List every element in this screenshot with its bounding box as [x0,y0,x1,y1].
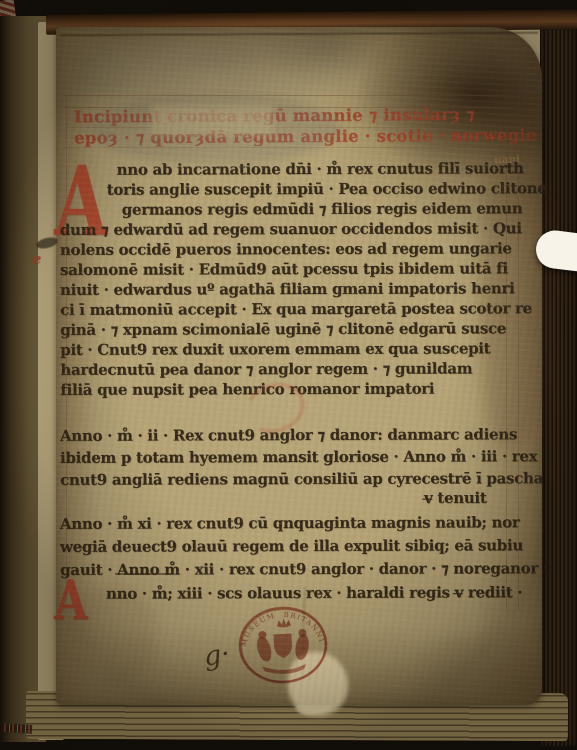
text-line: hardecnutū pea danor ⁊ anglor regem · ⁊ … [60,358,547,380]
paragraph: nno ab incarnatione dn̄i · m̊ rex cnutus… [60,158,548,400]
paragraph: Anno · m̊ xi · rex cnut9 cū qnquaginta m… [60,511,548,582]
text-line: dum ⁊ edwardū ad regem suanuor occidendo… [60,218,547,240]
paragraph: Anno · m̊ · ii · Rex cnut9 anglor ⁊ dano… [60,423,543,491]
rubric-line: Incipiunt cronica regū mannie ⁊ insularȝ… [74,105,537,128]
ruling-line [64,95,516,96]
scribal-underline [115,573,171,575]
binding-stitch [4,723,33,734]
text-line: pit · Cnut9 rex duxit uxorem emmam ex qu… [60,338,547,360]
rubric-line: epoȝ · ⁊ quorȝdā regum anglie · scotie ·… [74,125,537,148]
folio-number: 31 [518,72,546,96]
text-line: wegiā deuect9 olauū regem de illa expuli… [60,534,548,559]
text-line: germanos regis edmūdi ⁊ filios regis eid… [60,198,547,220]
librarian-mark: g· [202,638,232,672]
text-line: nno ab incarnatione dn̄i · m̊ rex cnutus… [60,158,547,180]
text-line: gauit · Anno m̊ · xii · rex cnut9 anglor… [60,557,548,582]
text-line: toris anglie suscepit impiū · Pea occiso… [60,178,547,200]
faded-ink-patch [151,105,273,135]
text-line: nolens occidē pueros innocentes: eos ad … [60,238,547,260]
top-crease [60,32,538,37]
insertion-tenuit: v̶ tenuit [424,489,486,507]
text-line: niuit · edwardus uº agathā filiam gmani … [60,278,547,300]
rubric-heading: Incipiunt cronica regū mannie ⁊ insularȝ… [74,105,537,149]
parchment-page: 31 Incipiunt cronica regū mannie ⁊ insul… [56,27,542,705]
royal-arms-crest [254,617,313,676]
text-line: Anno · m̊ · ii · Rex cnut9 anglor ⁊ dano… [60,423,543,447]
text-line: Anno · m̊ xi · rex cnut9 cū qnquaginta m… [60,511,548,536]
text-line: salomonē misit · Edmūd9 aūt pcessu tpis … [60,258,547,280]
manuscript-photo: 31 Incipiunt cronica regū mannie ⁊ insul… [0,0,577,750]
text-line: ginā · ⁊ xpnam scimonialē uginē ⁊ cliton… [60,318,547,340]
text-line: cnut9 angliā rediens magnū consiliū ap c… [60,467,543,491]
margin-letter: e [32,250,42,268]
british-museum-stamp: MUSEUM BRITANNICUM [231,595,336,695]
text-line: ci ī matmoniū accepit · Ex qua margaretā… [60,298,547,320]
text-line: filiā que nupsit pea henrico romanor imp… [60,378,547,400]
text-line: ibidem p totam hyemem mansit gloriose · … [60,445,543,469]
